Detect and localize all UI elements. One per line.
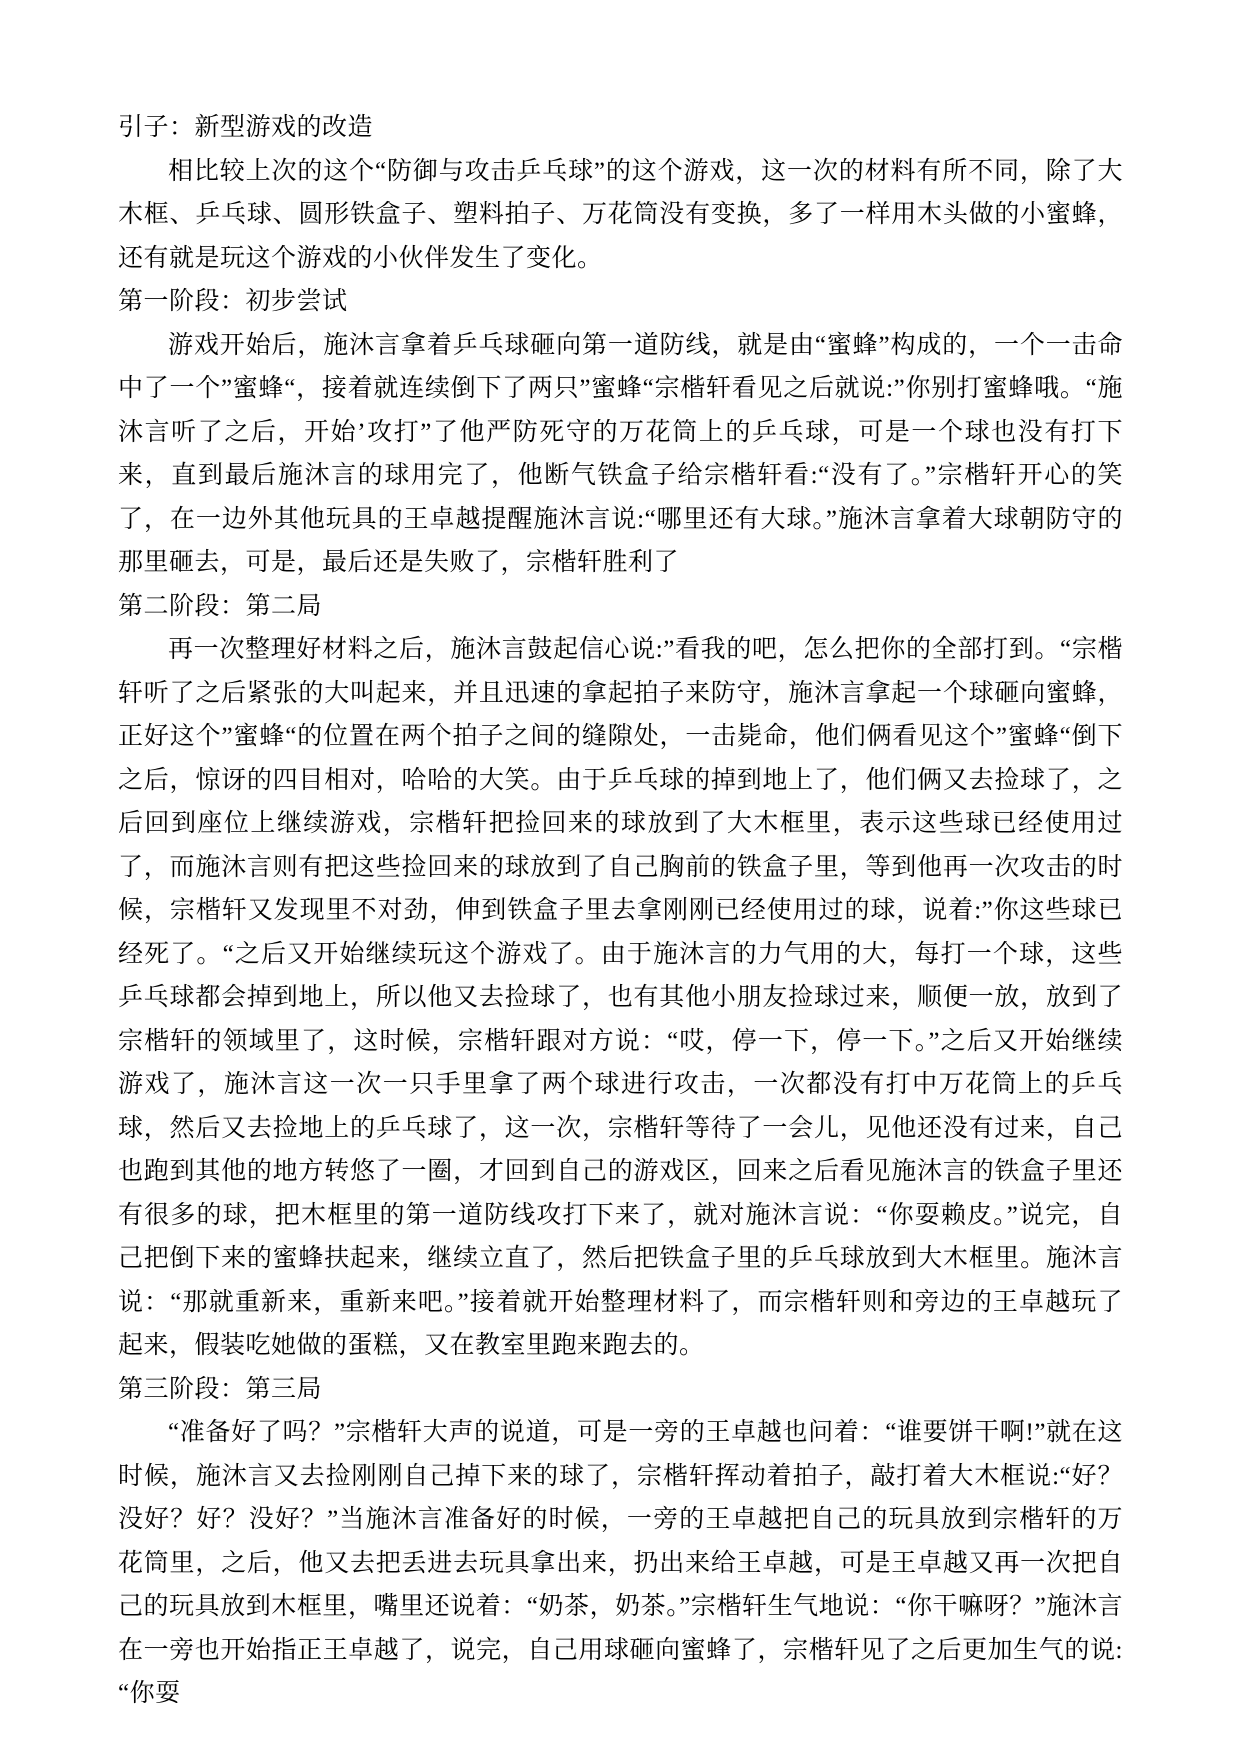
stage3-heading: 第三阶段：第三局 xyxy=(118,1368,1123,1412)
stage3-paragraph: “准备好了吗？”宗楷轩大声的说道，可是一旁的王卓越也问着：“谁要饼干啊!”就在这… xyxy=(118,1411,1123,1716)
document-body: 引子：新型游戏的改造 相比较上次的这个“防御与攻击乒乓球”的这个游戏，这一次的材… xyxy=(0,0,1241,1754)
stage2-paragraph: 再一次整理好材料之后，施沐言鼓起信心说:”看我的吧，怎么把你的全部打到。“宗楷轩… xyxy=(118,628,1123,1368)
intro-heading: 引子：新型游戏的改造 xyxy=(118,106,1123,150)
stage2-heading: 第二阶段：第二局 xyxy=(118,585,1123,629)
document-page: { "page": { "background_color": "#ffffff… xyxy=(0,0,1241,1754)
intro-paragraph: 相比较上次的这个“防御与攻击乒乓球”的这个游戏，这一次的材料有所不同，除了大木框… xyxy=(118,150,1123,281)
stage1-paragraph: 游戏开始后，施沐言拿着乒乓球砸向第一道防线，就是由“蜜蜂”构成的，一个一击命中了… xyxy=(118,324,1123,585)
stage1-heading: 第一阶段：初步尝试 xyxy=(118,280,1123,324)
